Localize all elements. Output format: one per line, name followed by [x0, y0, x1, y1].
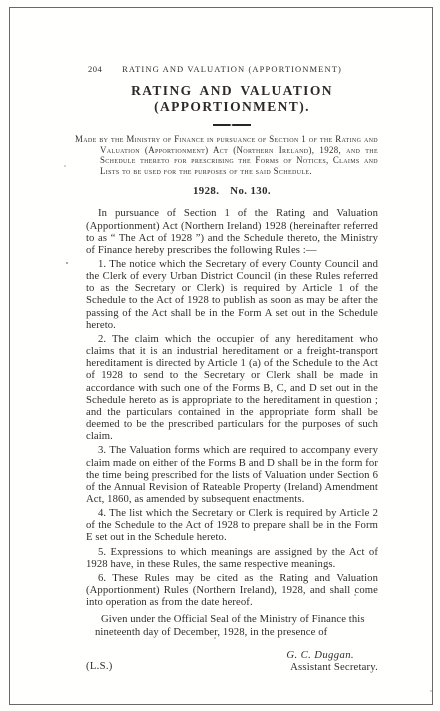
rule-paragraph-3: 3. The Valuation forms which are require…: [86, 445, 378, 506]
rule-paragraph-2: 2. The claim which the occupier of any h…: [86, 334, 378, 443]
rule-paragraph-4: 4. The list which the Secretary or Clerk…: [86, 508, 378, 544]
document-page: 204 RATING AND VALUATION (APPORTIONMENT)…: [0, 0, 440, 711]
scan-artifact: [354, 594, 356, 596]
citation-year: 1928.: [193, 185, 219, 197]
scan-artifact: [66, 262, 68, 264]
running-head-text: RATING AND VALUATION (APPORTIONMENT): [122, 64, 342, 74]
seal-mark: (L.S.): [86, 661, 113, 672]
page-content: 204 RATING AND VALUATION (APPORTIONMENT)…: [86, 62, 378, 674]
signature-block: G. C. Duggan. Assistant Secretary.: [286, 650, 378, 674]
intro-paragraph: In pursuance of Section 1 of the Rating …: [86, 208, 378, 257]
preamble: Made by the Ministry of Finance in pursu…: [86, 134, 378, 176]
page-number: 204: [88, 64, 102, 74]
scan-artifact: [430, 690, 432, 692]
signature-row: (L.S.) G. C. Duggan. Assistant Secretary…: [86, 650, 378, 674]
scan-artifact: [214, 637, 216, 639]
citation-number: No. 130.: [230, 185, 271, 197]
title-divider: [213, 124, 251, 126]
rule-paragraph-5: 5. Expressions to which meanings are ass…: [86, 547, 378, 571]
signature-name: G. C. Duggan.: [286, 650, 378, 662]
attestation-paragraph: Given under the Official Seal of the Min…: [95, 614, 367, 638]
running-header: 204 RATING AND VALUATION (APPORTIONMENT): [86, 62, 378, 74]
document-title: RATING AND VALUATION (APPORTIONMENT).: [86, 83, 378, 115]
rule-paragraph-1: 1. The notice which the Secretary of eve…: [86, 259, 378, 332]
signature-title: Assistant Secretary.: [286, 662, 378, 674]
citation-line: 1928.No. 130.: [86, 185, 378, 197]
scan-artifact: [64, 165, 66, 167]
rule-paragraph-6: 6. These Rules may be cited as the Ratin…: [86, 573, 378, 609]
